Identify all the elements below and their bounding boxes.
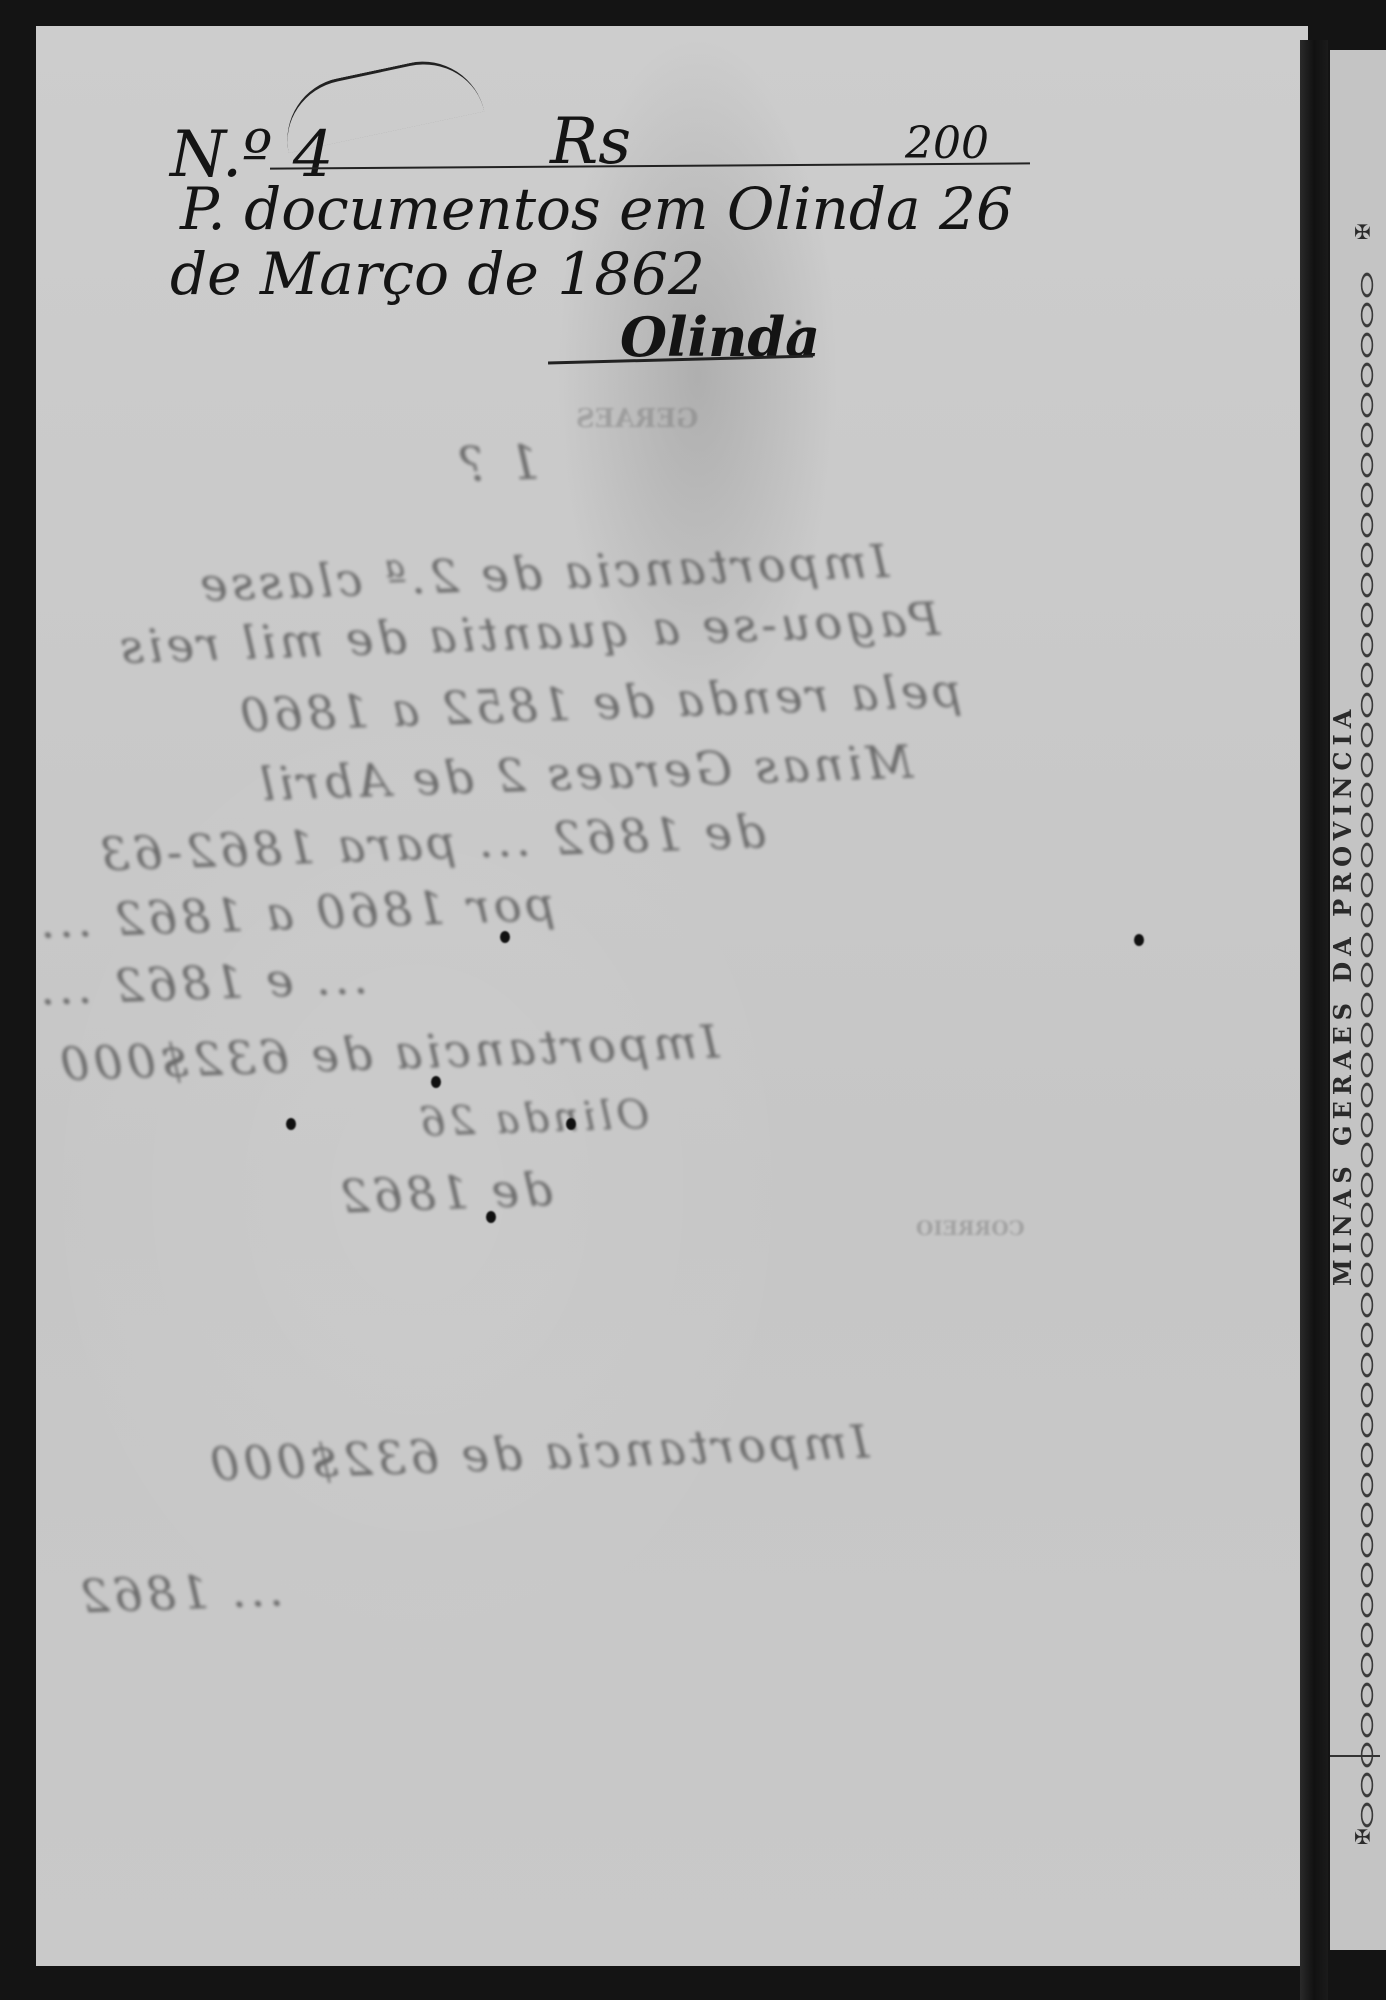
ink-blot xyxy=(286,1118,296,1130)
ornament-icon: ✠ xyxy=(1354,220,1371,244)
bleed-line: pela renda de 1852 a 1860 xyxy=(235,663,962,742)
receipt-value: 200 xyxy=(905,118,989,169)
receipt-line-place-date: P. documentos em Olinda 26 xyxy=(180,175,1013,243)
bleed-line: Olinda 26 xyxy=(415,1092,650,1146)
ink-blot xyxy=(431,1076,441,1088)
currency-mark: Rs xyxy=(550,105,631,179)
bleed-line: de 1862 xyxy=(335,1162,553,1224)
ink-blot xyxy=(486,1211,496,1223)
bleed-line: Importancia de 632$000 xyxy=(205,1414,870,1491)
ink-blot xyxy=(1134,934,1144,946)
bleed-printed-text: GERAES xyxy=(576,404,698,434)
ink-blot xyxy=(566,1118,576,1130)
adjacent-page-strip: ✠ MINAS GERAES DA PROVINCIA ✠ xyxy=(1330,50,1386,1950)
strip-rule xyxy=(1330,1755,1380,1757)
bleed-line: ... 1862 xyxy=(75,1562,284,1623)
bleed-printed-text: CORREIO xyxy=(916,1216,1025,1240)
ink-blot xyxy=(500,931,510,943)
receipt-line-month-year: de Março de 1862 xyxy=(170,240,705,308)
bleed-line: Importancia de 632$000 xyxy=(55,1014,720,1091)
vertical-printed-text: MINAS GERAES DA PROVINCIA xyxy=(1332,380,1354,1610)
chain-border-ornament xyxy=(1356,270,1378,1830)
bleed-line: 1 ? xyxy=(455,435,540,494)
ornament-icon: ✠ xyxy=(1354,1825,1371,1849)
bleed-line: por 1860 a 1862 ... xyxy=(35,877,556,949)
bleed-line: Minas Geraes 2 de Abril xyxy=(255,735,914,812)
page-edge-shadow xyxy=(1300,40,1328,2000)
bleed-line: de 1862 ... para 1862-63 xyxy=(95,804,766,881)
bleed-line: ... e 1862 ... xyxy=(35,950,369,1016)
